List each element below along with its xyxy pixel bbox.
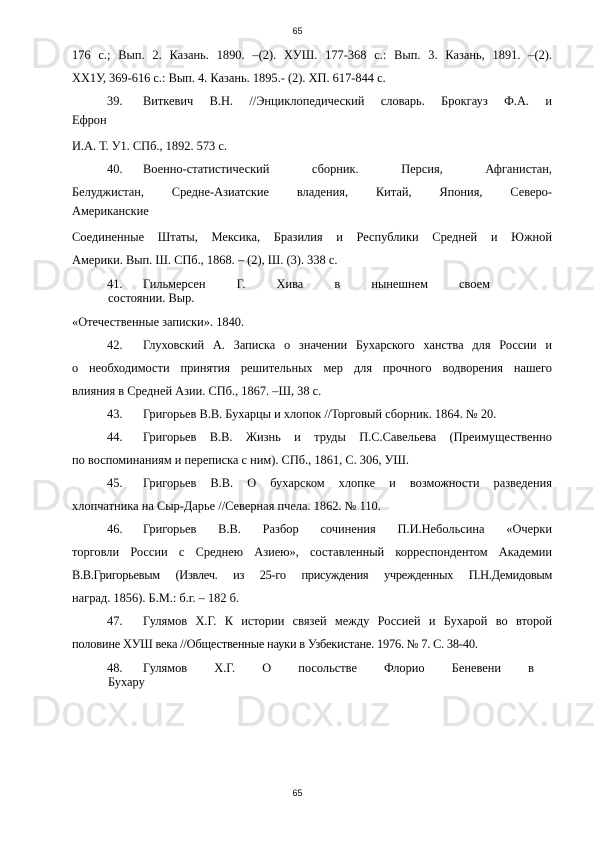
entry-number: 48. — [72, 661, 143, 675]
page-number-top: 65 — [0, 26, 595, 36]
entry-number: 45. — [72, 472, 143, 495]
entry-text: Григорьев В.В. Разбор сочинения П.И.Небо… — [143, 518, 552, 541]
entry-text: И.А. Т. У1. СПб., 1892. 573 с. — [72, 135, 552, 158]
bibliography: 176 с.; Вып. 2. Казань. 1890. –(2). ХУШ.… — [72, 44, 552, 689]
entry-number: 46. — [72, 518, 143, 541]
continuation-line: 176 с.; Вып. 2. Казань. 1890. –(2). ХУШ.… — [72, 44, 552, 67]
entry-text: половине ХУШ века //Общественные науки в… — [72, 633, 552, 656]
bib-entry-48: 48.Гулямов Х.Г. О посольстве Флорио Бене… — [72, 661, 552, 689]
entry-text: состоянии. Выр. — [72, 291, 552, 305]
entry-text: Глуховский А. Записка о значении Бухарск… — [143, 334, 552, 357]
entry-number: 47. — [72, 610, 143, 633]
entry-text: Григорьев В.В. О бухарском хлопке и возм… — [143, 472, 552, 495]
bib-entry-42: 42.Глуховский А. Записка о значении Буха… — [72, 334, 552, 403]
bib-entry-41: 41.Гильмерсен Г. Хива в нынешнем своем с… — [72, 277, 552, 334]
bib-entry-44: 44.Григорьев В.В. Жизнь и труды П.С.Саве… — [72, 426, 552, 472]
bib-entry-46: 46.Григорьев В.В. Разбор сочинения П.И.Н… — [72, 518, 552, 610]
entry-text: Григорьев В.В. Жизнь и труды П.С.Савелье… — [143, 426, 552, 449]
bib-entry-45: 45.Григорьев В.В. О бухарском хлопке и в… — [72, 472, 552, 518]
entry-text: Григорьев В.В. Бухарцы и хлопок //Торгов… — [143, 403, 552, 426]
entry-text: Белуджистан, Средне-Азиатские владения, … — [72, 181, 552, 204]
entry-text: В.В.Григорьевым (Извлеч. из 25-го присуж… — [72, 564, 552, 587]
entry-number: 44. — [72, 426, 143, 449]
entry-text: Американские — [72, 204, 552, 218]
entry-text: Соединенные Штаты, Мексика, Бразилия и Р… — [72, 226, 552, 249]
entry-text: Военно-статистический сборник. Персия, А… — [143, 158, 552, 181]
bib-entry-39: 39.Виткевич В.Н. //Энциклопедический сло… — [72, 90, 552, 158]
entry-text: хлопчатника на Сыр-Дарье //Северная пчел… — [72, 495, 552, 518]
entry-text: Америки. Вып. Ш. СПб., 1868. – (2), Ш. (… — [72, 249, 552, 272]
continuation-line: ХХ1У, 369-616 с.: Вып. 4. Казань. 1895.-… — [72, 67, 552, 90]
entry-text: Гильмерсен Г. Хива в нынешнем своем — [143, 277, 552, 291]
entry-text: Гулямов Х.Г. О посольстве Флорио Беневен… — [143, 661, 552, 675]
watermark: Docx.uz — [440, 692, 595, 732]
entry-text: наград. 1856). Б.М.: б.г. – 182 б. — [72, 587, 552, 610]
watermark: Docx.uz — [30, 692, 185, 732]
entry-text: Гулямов Х.Г. К истории связей между Росс… — [143, 610, 552, 633]
entry-text: о необходимости принятия решительных мер… — [72, 357, 552, 380]
entry-text: «Отечественные записки». 1840. — [72, 311, 552, 334]
entry-number: 42. — [72, 334, 143, 357]
entry-text: влияния в Средней Азии. СПб., 1867. –Ш, … — [72, 380, 552, 403]
entry-text: по воспоминаниям и переписка с ним). СПб… — [72, 449, 552, 472]
entry-text: Бухару — [72, 675, 552, 689]
bib-entry-43: 43.Григорьев В.В. Бухарцы и хлопок //Тор… — [72, 403, 552, 426]
bib-entry-40: 40.Военно-статистический сборник. Персия… — [72, 158, 552, 272]
watermark-row: Docx.uz Docx.uz Docx.uz — [0, 692, 595, 732]
entry-number: 43. — [72, 403, 143, 426]
page-number-bottom: 65 — [0, 788, 595, 798]
entry-number: 41. — [72, 277, 143, 291]
entry-text: торговли России с Среднею Азиею», состав… — [72, 541, 552, 564]
watermark: Docx.uz — [235, 692, 390, 732]
entry-text: Ефрон — [72, 113, 552, 127]
entry-number: 39. — [72, 90, 143, 113]
bib-entry-47: 47.Гулямов Х.Г. К истории связей между Р… — [72, 610, 552, 656]
entry-number: 40. — [72, 158, 143, 181]
entry-text: Виткевич В.Н. //Энциклопедический словар… — [143, 90, 552, 113]
